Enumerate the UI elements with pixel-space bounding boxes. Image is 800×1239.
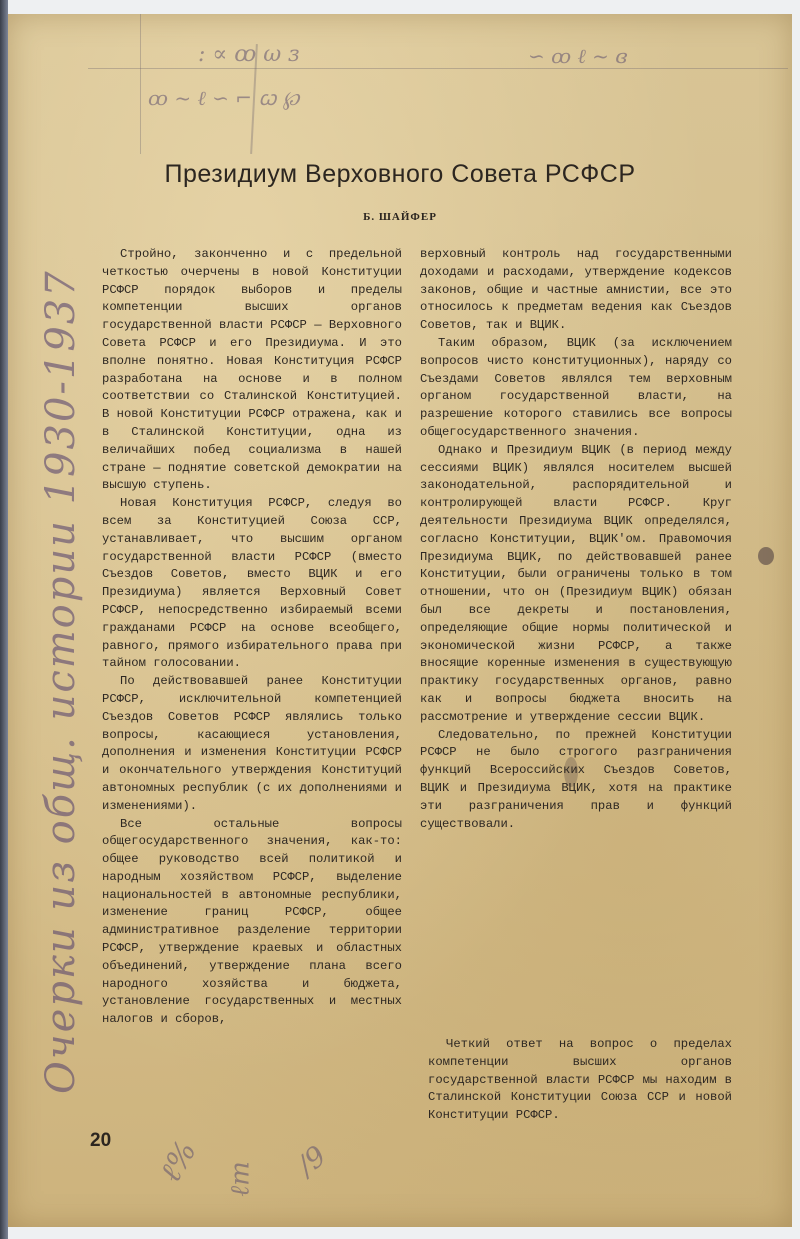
- article-title: Президиум Верховного Совета РСФСР: [8, 160, 792, 189]
- handwritten-margin-note: Очерки из общ. истории 1930-1937: [38, 269, 84, 1094]
- scanned-page: : ∝ ꝏ ω ɜ ꝏ ~ ℓ ∽ ⌐ ꞷ ℘ ∽ ꝏ ℓ ~ ɞ Очерки…: [8, 14, 792, 1227]
- paragraph: верховный контроль над государственными …: [420, 246, 732, 335]
- article-author: Б. ШАЙФЕР: [8, 211, 792, 223]
- pencil-line: [250, 44, 258, 154]
- pencil-scribble: ∽ ꝏ ℓ ~ ɞ: [528, 44, 628, 69]
- paragraph: Стройно, законченно и с предельной четко…: [102, 246, 402, 495]
- page-number: 20: [90, 1130, 111, 1152]
- pencil-line: [140, 14, 141, 154]
- pencil-scribble: /9: [291, 1139, 333, 1182]
- text-column-right: верховный контроль над государственными …: [420, 246, 732, 833]
- paragraph: Четкий ответ на вопрос о пределах компет…: [428, 1036, 732, 1125]
- pencil-scribble: ꝏ ~ ℓ ∽ ⌐ ꞷ ℘: [148, 84, 300, 111]
- ink-stain: [758, 547, 774, 565]
- paragraph: Однако и Президиум ВЦИК (в период между …: [420, 442, 732, 727]
- pencil-scribble: : ∝ ꝏ ω ɜ: [198, 42, 299, 67]
- pencil-scribble: ℓm: [226, 1161, 256, 1196]
- paragraph: Новая Конституция РСФСР, следуя во всем …: [102, 495, 402, 673]
- pencil-line: [88, 68, 788, 69]
- scan-edge-strip: [0, 0, 8, 1239]
- text-column-left: Стройно, законченно и с предельной четко…: [102, 246, 402, 1029]
- paragraph: По действовавшей ранее Конституции РСФСР…: [102, 673, 402, 815]
- paragraph: Все остальные вопросы общегосударственно…: [102, 816, 402, 1030]
- pencil-scribble: ℓ%: [153, 1135, 204, 1188]
- paragraph: Следовательно, по прежней Конституции РС…: [420, 727, 732, 834]
- paragraph: Таким образом, ВЦИК (за исключением вопр…: [420, 335, 732, 442]
- text-column-right-tail: Четкий ответ на вопрос о пределах компет…: [428, 1036, 732, 1125]
